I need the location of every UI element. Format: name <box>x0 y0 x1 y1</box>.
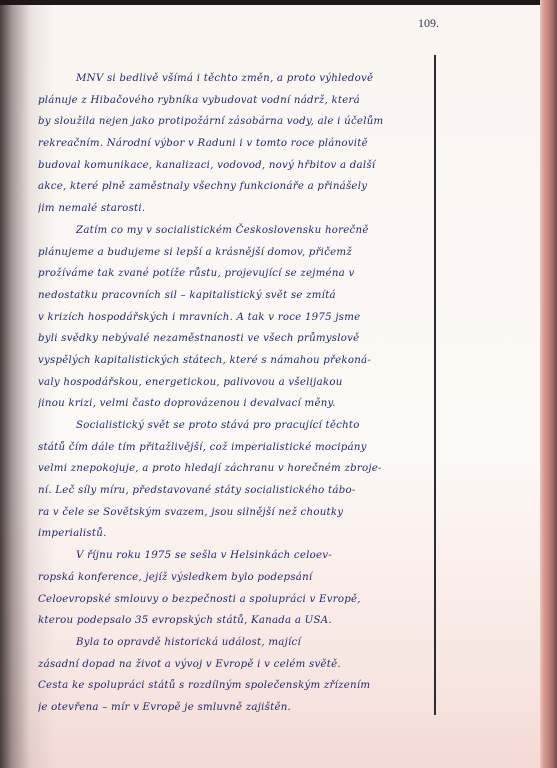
handwritten-line: nedostatku pracovních sil – kapitalistic… <box>38 285 430 307</box>
handwritten-line: kterou podepsalo 35 evropských států, Ka… <box>38 610 430 632</box>
handwritten-line: velmi znepokojuje, a proto hledají záchr… <box>38 458 430 480</box>
handwritten-line: Socialistický svět se proto stává pro pr… <box>38 415 430 437</box>
handwritten-line: Celoevropské smlouvy o bezpečnosti a spo… <box>38 589 430 611</box>
handwritten-line: jinou krizi, velmi často doprovázenou i … <box>38 393 430 415</box>
handwritten-line: států čím dále tím přitažlivější, což im… <box>38 437 430 459</box>
handwritten-line: jim nemalé starosti. <box>38 198 430 220</box>
handwritten-line: ní. Leč síly míru, představované státy s… <box>38 480 430 502</box>
handwritten-line: Zatím co my v socialistickém Českosloven… <box>38 220 430 242</box>
margin-rule-line <box>434 55 436 715</box>
handwritten-line: V říjnu roku 1975 se sešla v Helsinkách … <box>38 545 430 567</box>
handwritten-line: by sloužila nejen jako protipožární záso… <box>38 111 430 133</box>
handwritten-line: valy hospodářskou, energetickou, palivov… <box>38 372 430 394</box>
handwritten-line: rekreačním. Národní výbor v Raduni i v t… <box>38 133 430 155</box>
handwritten-line: plánujeme a budujeme si lepší a krásnějš… <box>38 242 430 264</box>
handwritten-text-block: MNV si bedlivě všímá i těchto změn, a pr… <box>38 68 430 719</box>
handwritten-line: akce, které plně zaměstnaly všechny funk… <box>38 176 430 198</box>
handwritten-line: Cesta ke spolupráci států s rozdílným sp… <box>38 675 430 697</box>
book-top-shadow <box>0 0 557 5</box>
handwritten-line: budoval komunikace, kanalizaci, vodovod,… <box>38 155 430 177</box>
page-number: 109. <box>418 16 439 31</box>
handwritten-line: MNV si bedlivě všímá i těchto změn, a pr… <box>38 68 430 90</box>
chronicle-page: 109. MNV si bedlivě všímá i těchto změn,… <box>0 4 540 768</box>
handwritten-line: Byla to opravdě historická událost, mají… <box>38 632 430 654</box>
handwritten-line: je otevřena – mír v Evropě je smluvně za… <box>38 697 430 719</box>
handwritten-line: v krizích hospodářských i mravních. A ta… <box>38 307 430 329</box>
handwritten-line: vyspělých kapitalistických státech, kter… <box>38 350 430 372</box>
handwritten-line: ra v čele se Sovětským svazem, jsou siln… <box>38 502 430 524</box>
handwritten-line: ropská konference, jejíž výsledkem bylo … <box>38 567 430 589</box>
handwritten-line: prožíváme tak zvané potíže růstu, projev… <box>38 263 430 285</box>
handwritten-line: byli svědky nebývalé nezaměstnanosti ve … <box>38 328 430 350</box>
handwritten-line: zásadní dopad na život a vývoj v Evropě … <box>38 654 430 676</box>
handwritten-line: plánuje z Hibačového rybníka vybudovat v… <box>38 90 430 112</box>
handwritten-line: imperialistů. <box>38 523 430 545</box>
book-page-edges <box>540 0 557 768</box>
